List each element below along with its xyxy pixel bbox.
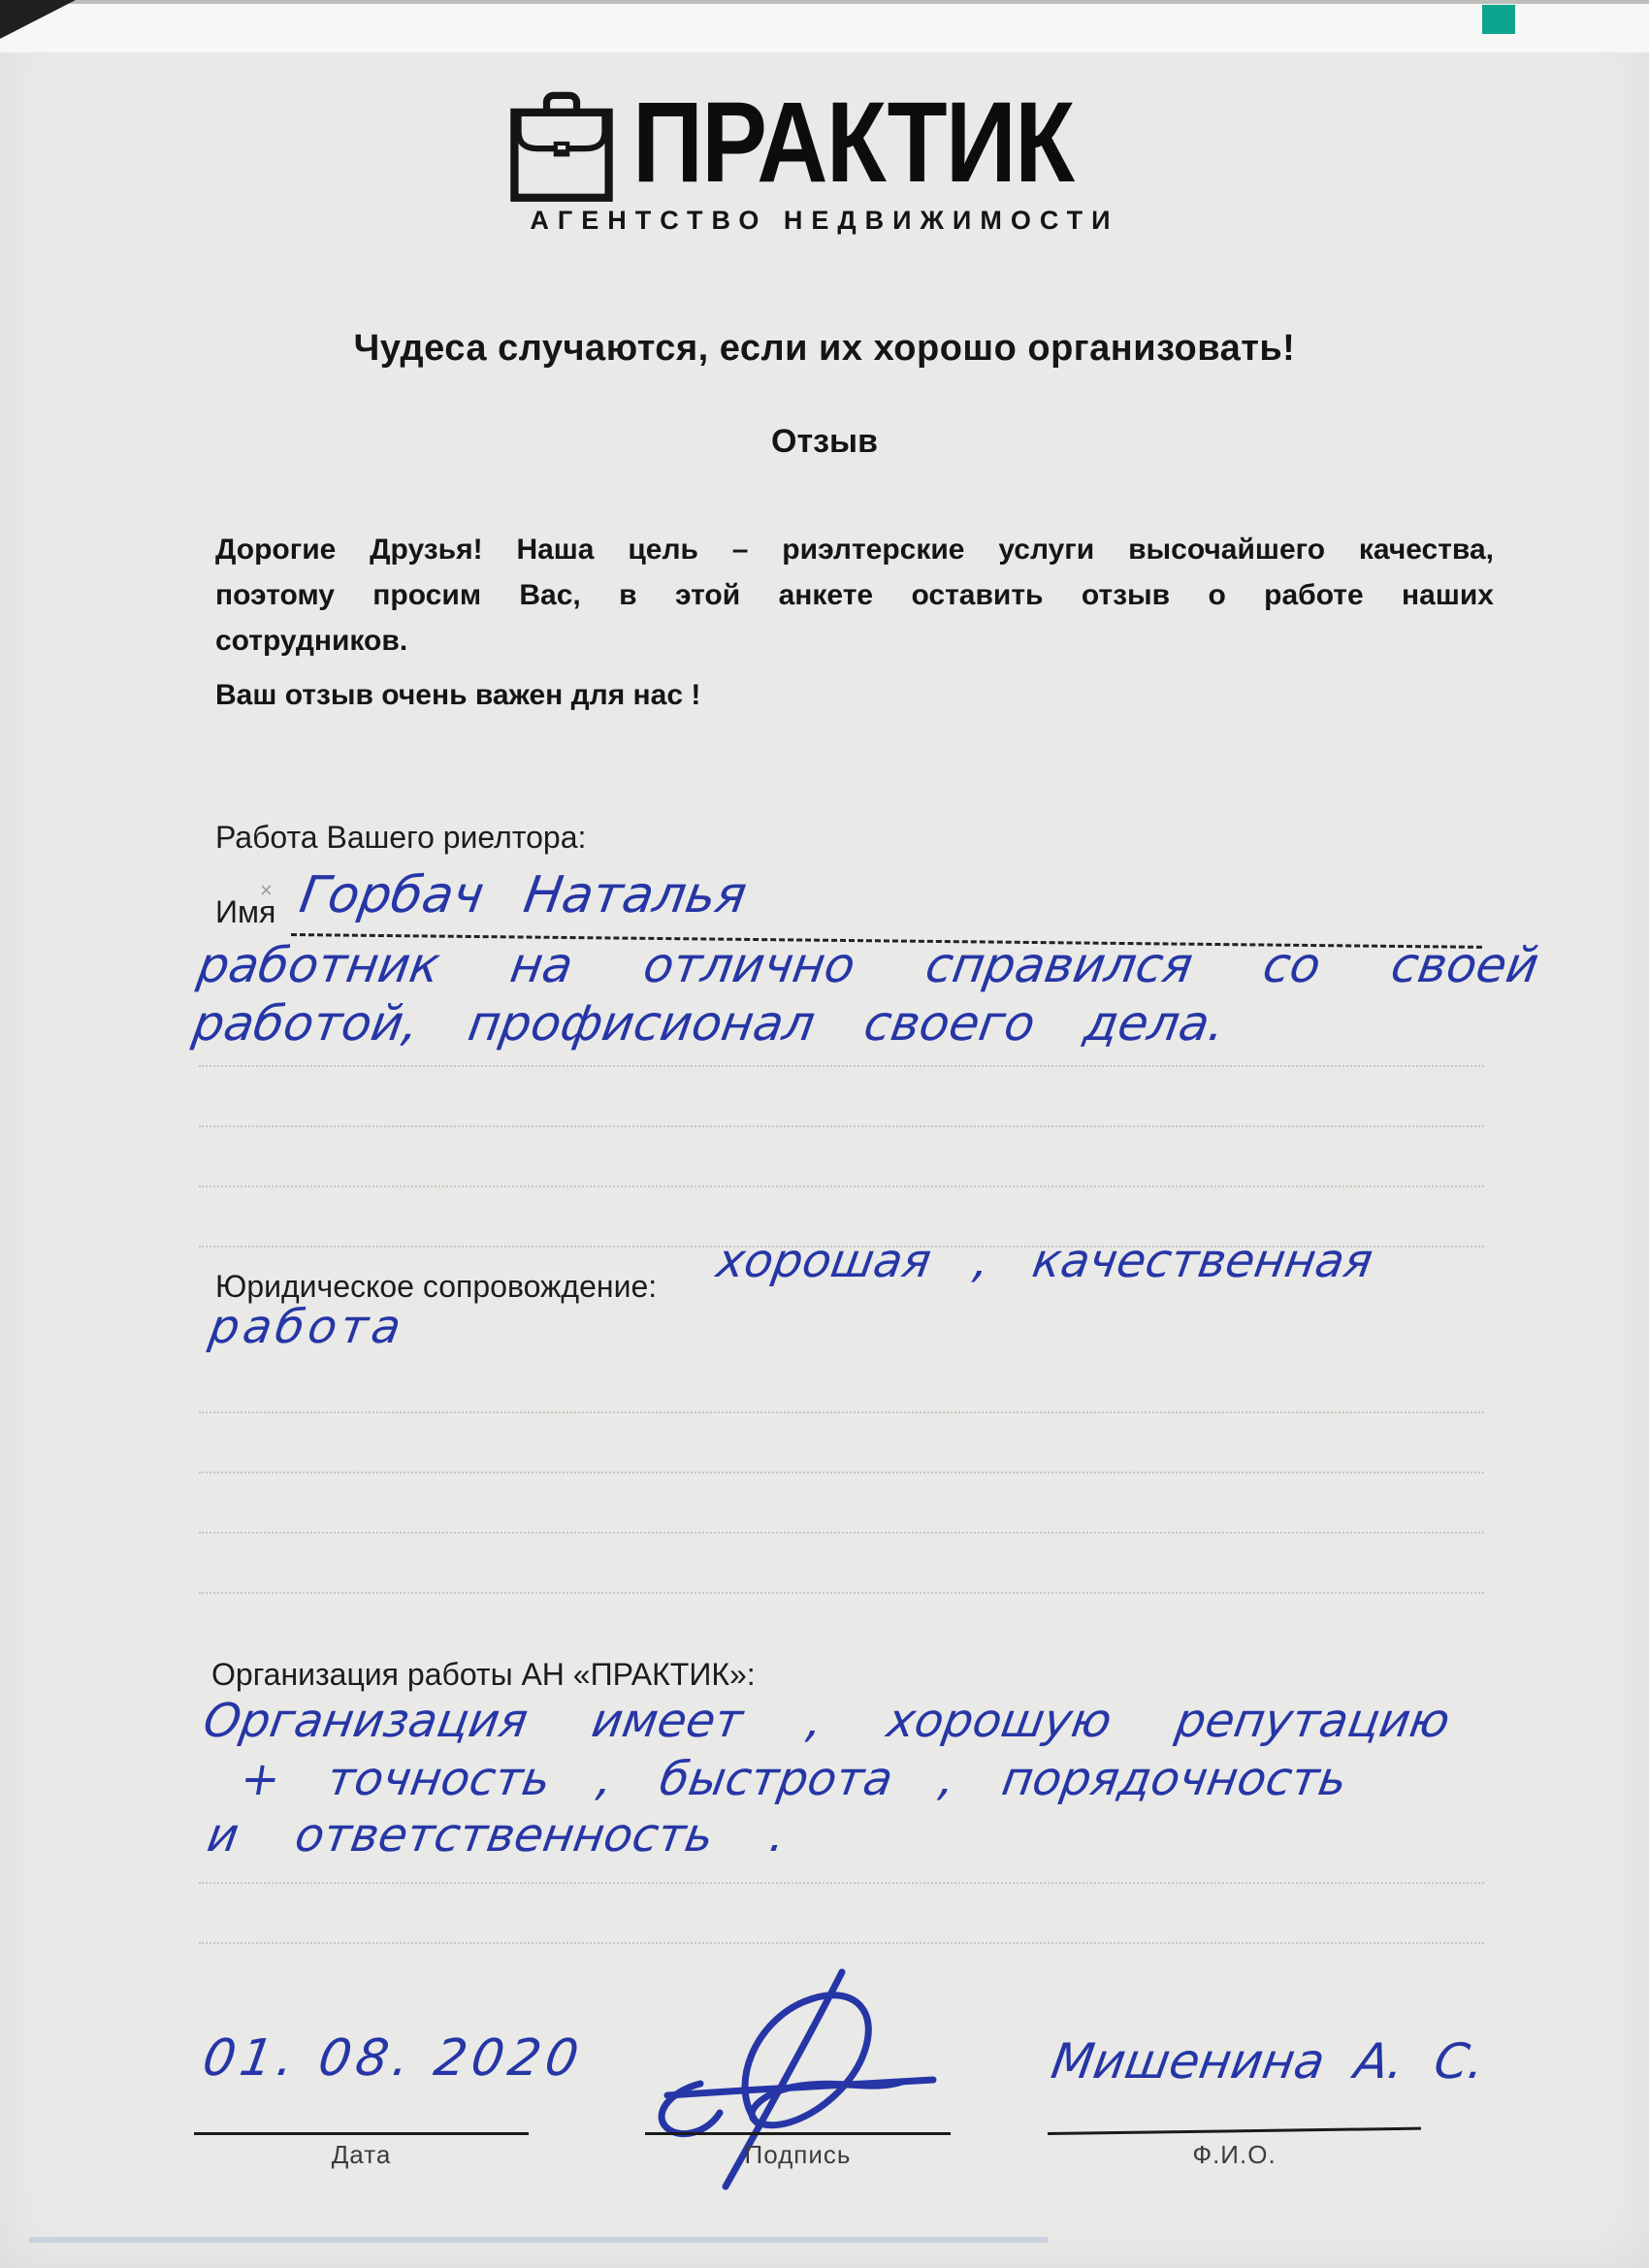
- realtor-comment-line: работник на отлично справился со своей: [194, 937, 1542, 993]
- fio-line: [1048, 2127, 1421, 2135]
- brand-name: ПРАКТИК: [632, 85, 1073, 200]
- intro-paragraph: Дорогие Друзья! Наша цель – риэлтерские …: [215, 527, 1494, 664]
- briefcase-icon: [504, 85, 619, 209]
- form-rule: [199, 1472, 1484, 1474]
- intro-line: сотрудников.: [215, 618, 1494, 664]
- signature-label: Подпись: [645, 2140, 951, 2170]
- organization-comment-line: и ответственность .: [204, 1808, 790, 1863]
- form-rule: [199, 1411, 1484, 1413]
- form-rule: [199, 1065, 1484, 1067]
- realtor-comment-line: работой, профисионал своего дела.: [189, 995, 1229, 1052]
- fio-label: Ф.И.О.: [1048, 2140, 1421, 2170]
- organization-comment-line: + точность , быстрота , порядочность: [237, 1752, 1350, 1806]
- legal-comment-line: хорошая , качественная: [713, 1234, 1376, 1288]
- organization-section-label: Организация работы АН «ПРАКТИК»:: [211, 1657, 756, 1693]
- realtor-section-label: Работа Вашего риелтора:: [215, 820, 586, 856]
- brand-subtitle: АГЕНТСТВО НЕДВИЖИМОСТИ: [0, 206, 1649, 236]
- scan-corner-artifact: [0, 0, 76, 39]
- name-field-label: Имя: [215, 894, 275, 930]
- scanned-review-form: × ПРАКТИК АГЕНТСТВО НЕДВИЖИМОСТИ Чудеса …: [0, 0, 1649, 2268]
- scan-top-edge: [0, 0, 1649, 4]
- form-rule: [199, 1125, 1484, 1127]
- form-rule: [199, 1942, 1484, 1944]
- intro-line: Дорогие Друзья! Наша цель – риэлтерские …: [215, 527, 1494, 572]
- headline: Чудеса случаются, если их хорошо организ…: [97, 328, 1552, 370]
- organization-comment-line: Организация имеет , хорошую репутацию: [200, 1694, 1454, 1748]
- scan-top-strip: [0, 0, 1649, 52]
- date-line: [194, 2132, 529, 2135]
- review-title: Отзыв: [97, 423, 1552, 461]
- date-handwriting: 01. 08. 2020: [199, 2029, 587, 2088]
- intro-line: поэтому просим Вас, в этой анкете остави…: [215, 572, 1494, 618]
- form-rule: [199, 1592, 1484, 1594]
- importance-note: Ваш отзыв очень важен для нас !: [215, 679, 700, 712]
- agency-logo: ПРАКТИК: [0, 85, 1649, 209]
- legal-comment-line: работа: [206, 1300, 408, 1354]
- fio-handwriting: Мишенина А. С.: [1048, 2033, 1489, 2090]
- date-label: Дата: [194, 2140, 529, 2170]
- form-rule: [199, 1185, 1484, 1187]
- form-rule: [199, 1882, 1484, 1884]
- realtor-name-handwriting: Горбач Наталья: [296, 866, 751, 924]
- scan-color-chip: [1482, 5, 1515, 34]
- scan-bottom-edge: [29, 2237, 1048, 2243]
- form-rule: [199, 1532, 1484, 1534]
- signature-line: [645, 2132, 951, 2135]
